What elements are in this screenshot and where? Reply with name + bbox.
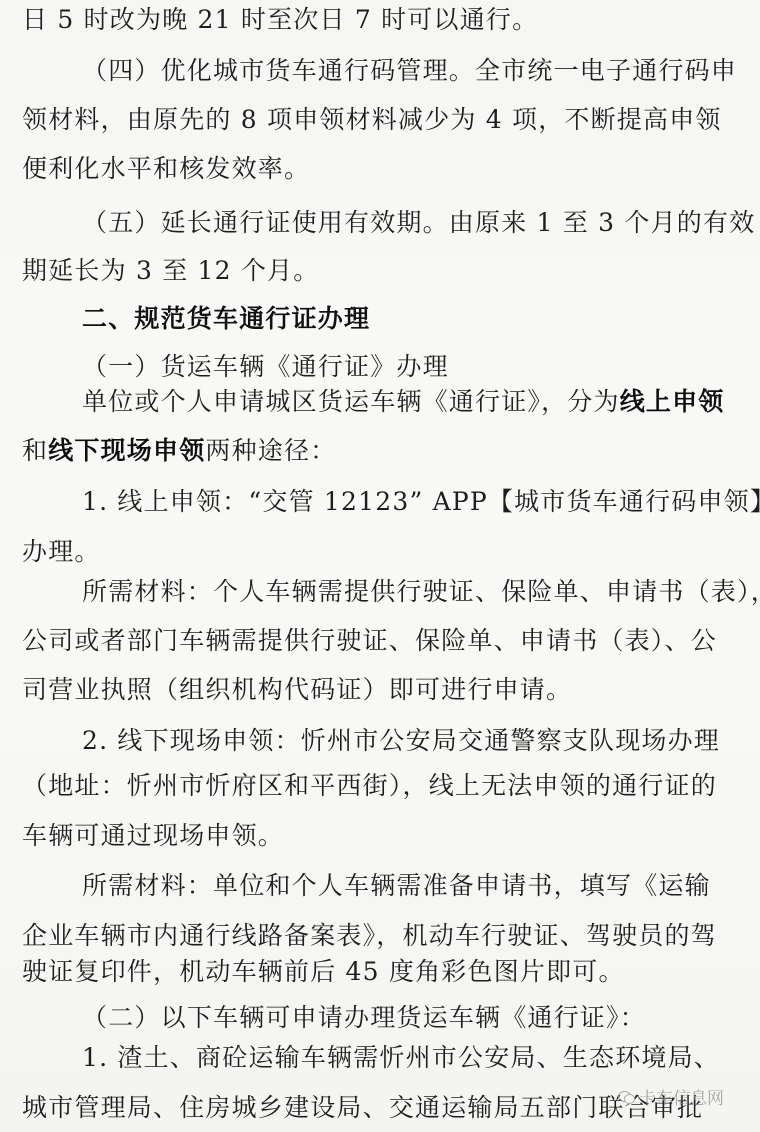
paragraph-line: 日 5 时改为晚 21 时至次日 7 时可以通行。 [0,2,760,38]
materials-line: 所需材料：个人车辆需提供行驶证、保险单、申请书（表）， [0,574,760,610]
paragraph-line: 驶证复印件，机动车辆前后 45 度角彩色图片即可。 [0,954,760,990]
paragraph-line: 期延长为 3 至 12 个月。 [0,253,760,289]
text-segment: 两种途径： [205,436,336,465]
paragraph-line: 司营业执照（组织机构代码证）即可进行申请。 [0,672,760,708]
list-item-online: 1. 线上申领：“交管 12123” APP【城市货车通行码申领】 [0,484,760,520]
paragraph-line: 领材料，由原先的 8 项申领材料减少为 4 项，不断提高申领 [0,102,760,138]
subsection-heading-2: （二）以下车辆可申请办理货运车辆《通行证》： [0,1000,760,1036]
paragraph-line: 车辆可通过现场申领。 [0,818,760,854]
watermark-text: 卡车信息网 [639,1084,724,1109]
paragraph-line: 单位或个人申请城区货运车辆《通行证》，分为线上申领 [0,384,760,420]
paragraph-line: 便利化水平和核发效率。 [0,151,760,187]
bold-text-online-apply: 线上申领 [620,387,725,416]
section-item-4-line: （四）优化城市货车通行码管理。全市统一电子通行码申 [0,53,760,89]
paragraph-line: 公司或者部门车辆需提供行驶证、保险单、申请书（表）、公 [0,623,760,659]
materials-line: 所需材料：单位和个人车辆需准备申请书，填写《运输 [0,868,760,904]
text-segment: 单位或个人申请城区货运车辆《通行证》，分为 [82,387,620,416]
subsection-heading-1: （一）货运车辆《通行证》办理 [0,349,760,385]
paragraph-line: 办理。 [0,534,760,570]
paragraph-line: 企业车辆市内通行线路备案表》，机动车行驶证、驾驶员的驾 [0,918,760,954]
watermark: 卡车信息网 [618,1084,724,1109]
section-heading-2: 二、规范货车通行证办理 [0,301,760,337]
list-item-offline: 2. 线下现场申领：忻州市公安局交通警察支队现场办理 [0,723,760,759]
bold-text-offline-apply: 线下现场申领 [48,436,205,465]
section-item-5-line: （五）延长通行证使用有效期。由原来 1 至 3 个月的有效 [0,205,760,241]
document-page: 日 5 时改为晚 21 时至次日 7 时可以通行。 （四）优化城市货车通行码管理… [0,0,760,1132]
paragraph-line: 和线下现场申领两种途径： [0,433,760,469]
paragraph-line: （地址：忻州市忻府区和平西街），线上无法申领的通行证的 [0,768,760,804]
text-segment: 和 [22,436,48,465]
wechat-icon [618,1090,636,1104]
list-item-1: 1. 渣土、商砼运输车辆需忻州市公安局、生态环境局、 [0,1040,760,1076]
